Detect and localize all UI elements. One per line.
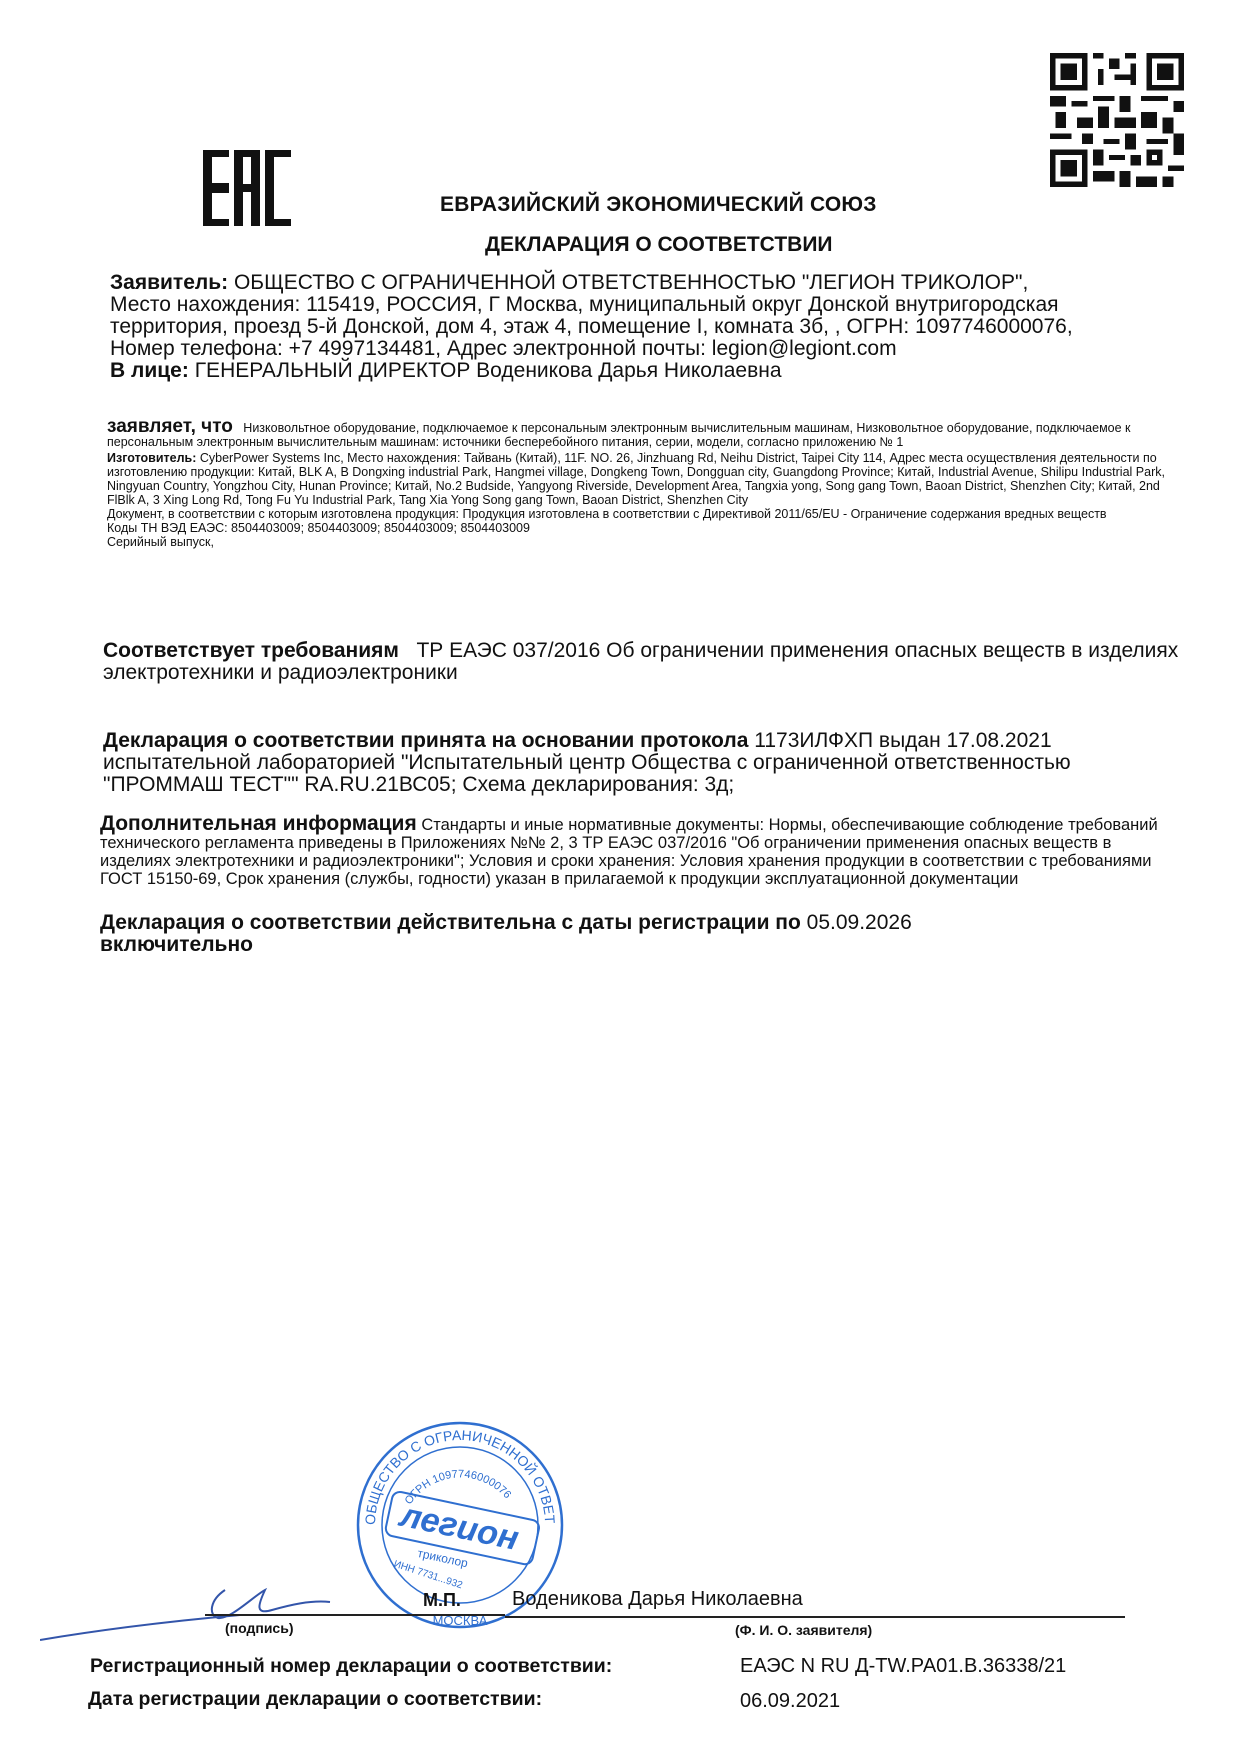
applicant-address-1: Место нахождения: 115419, РОССИЯ, Г Моск…: [110, 294, 1170, 316]
signer-name: Воденикова Дарья Николаевна: [512, 1588, 803, 1611]
applicant-block: Заявитель: ОБЩЕСТВО С ОГРАНИЧЕННОЙ ОТВЕТ…: [110, 272, 1170, 382]
validity-block: Декларация о соответствии действительна …: [100, 912, 1180, 956]
additional-info-block: Дополнительная информация Стандарты и ин…: [100, 815, 1180, 888]
signature-line: [205, 1614, 505, 1616]
representative-value: ГЕНЕРАЛЬНЫЙ ДИРЕКТОР Воденикова Дарья Ни…: [195, 359, 782, 382]
representative-label: В лице:: [110, 359, 189, 382]
registration-number-label: Регистрационный номер декларации о соотв…: [90, 1655, 612, 1678]
complies-block: Соответствует требованиям ТР ЕАЭС 037/20…: [103, 640, 1183, 684]
registration-number-value: ЕАЭС N RU Д-TW.РА01.В.36338/21: [740, 1655, 1066, 1678]
validity-label: Декларация о соответствии действительна …: [100, 911, 801, 934]
union-title: ЕВРАЗИЙСКИЙ ЭКОНОМИЧЕСКИЙ СОЮЗ: [440, 193, 877, 217]
additional-info-label: Дополнительная информация: [100, 812, 417, 835]
registration-date-value: 06.09.2021: [740, 1690, 840, 1713]
signature-icon: [40, 1570, 340, 1650]
serial-release: Серийный выпуск,: [107, 535, 1167, 549]
qr-code-icon: [1050, 50, 1184, 190]
manufacturer-value: CyberPower Systems Inc, Место нахождения…: [107, 451, 1165, 507]
basis-block: Декларация о соответствии принята на осн…: [103, 730, 1183, 796]
basis-label: Декларация о соответствии принята на осн…: [103, 729, 748, 752]
applicant-label: Заявитель:: [110, 271, 228, 294]
complies-label: Соответствует требованиям: [103, 639, 399, 662]
signature-caption: (подпись): [225, 1620, 294, 1636]
stamp-place-label: М.П.: [423, 1590, 461, 1611]
name-line: [505, 1616, 1125, 1618]
registration-date-label: Дата регистрации декларации о соответств…: [88, 1688, 542, 1711]
name-caption: (Ф. И. О. заявителя): [735, 1622, 872, 1638]
applicant-address-2: территория, проезд 5-й Донской, дом 4, э…: [110, 316, 1170, 338]
manufacturer-label: Изготовитель:: [107, 451, 196, 465]
applicant-name: ОБЩЕСТВО С ОГРАНИЧЕННОЙ ОТВЕТСТВЕННОСТЬЮ…: [234, 271, 1028, 294]
production-document: Документ, в соответствии с которым изгот…: [107, 507, 1167, 521]
validity-suffix: включительно: [100, 933, 253, 956]
eac-logo-icon: [203, 150, 293, 226]
product-description: Низковольтное оборудование, подключаемое…: [107, 421, 1131, 449]
applicant-contacts: Номер телефона: +7 4997134481, Адрес эле…: [110, 338, 1170, 360]
validity-date: 05.09.2026: [807, 911, 912, 934]
document-title: ДЕКЛАРАЦИЯ О СООТВЕТСТВИИ: [485, 233, 833, 257]
svg-text:триколор: триколор: [416, 1546, 469, 1570]
declares-label: заявляет, что: [107, 416, 233, 437]
declares-block: заявляет, что Низковольтное оборудование…: [107, 420, 1167, 549]
hs-codes: Коды ТН ВЭД ЕАЭС: 8504403009; 8504403009…: [107, 521, 1167, 535]
